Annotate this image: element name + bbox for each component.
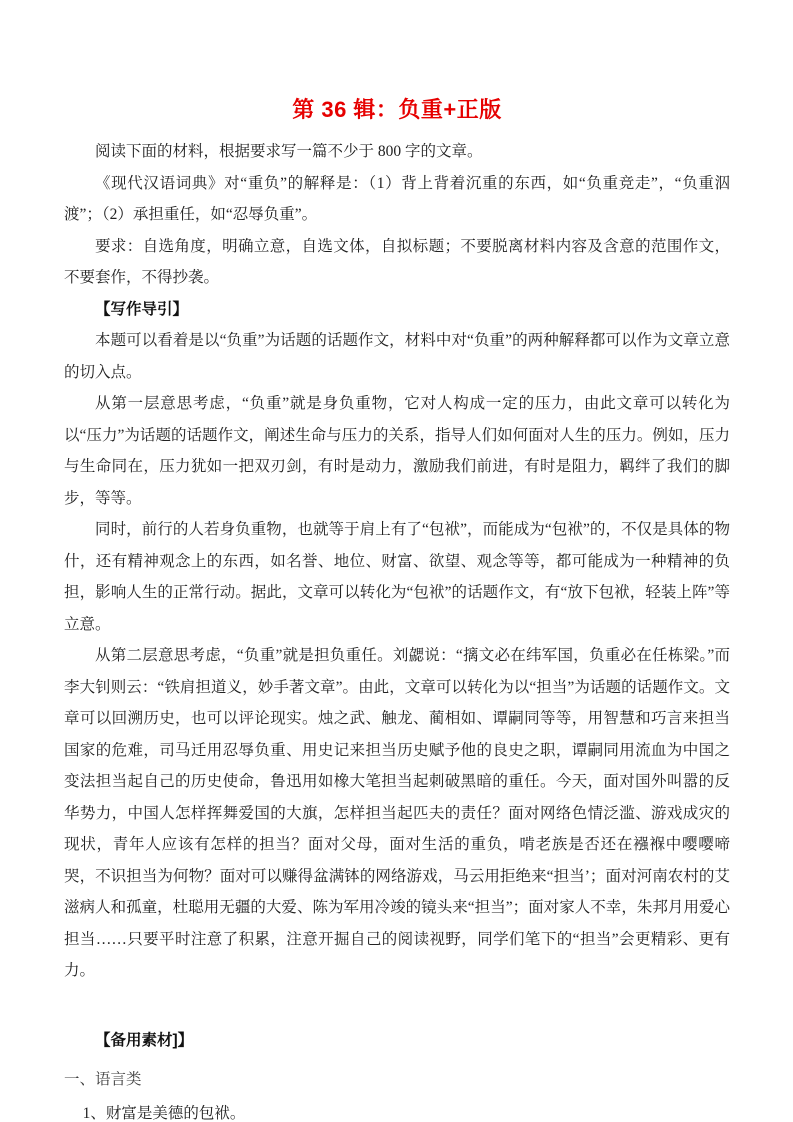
prompt-paragraph-requirements: 要求：自选角度，明确立意，自选文体，自拟标题；不要脱离材料内容及含意的范围作文，… xyxy=(64,231,730,294)
prompt-paragraph-read-material: 阅读下面的材料，根据要求写一篇不少于 800 字的文章。 xyxy=(64,136,730,168)
guide-paragraph-overview: 本题可以看着是以“负重”为话题的话题作文，材料中对“负重”的两种解释都可以作为文… xyxy=(64,325,730,388)
prompt-paragraph-dictionary-definition: 《现代汉语词典》对“重负”的解释是：（1）背上背着沉重的东西，如“负重竞走”，“… xyxy=(64,168,730,231)
section-heading-materials: 【备用素材]】 xyxy=(64,1025,730,1057)
guide-paragraph-burden-meaning: 同时，前行的人若身负重物，也就等于肩上有了“包袱”，而能成为“包袱”的，不仅是具… xyxy=(64,514,730,640)
materials-category-language: 一、语言类 xyxy=(64,1064,730,1096)
document-title: 第 36 辑：负重+正版 xyxy=(64,94,730,125)
guide-paragraph-second-meaning: 从第二层意思考虑，“负重”就是担负重任。刘勰说：“摛文必在纬军国，负重必在任栋梁… xyxy=(64,640,730,987)
document-page: 第 36 辑：负重+正版 阅读下面的材料，根据要求写一篇不少于 800 字的文章… xyxy=(0,0,793,1122)
document-content: 第 36 辑：负重+正版 阅读下面的材料，根据要求写一篇不少于 800 字的文章… xyxy=(64,94,730,1122)
guide-paragraph-first-meaning: 从第一层意思考虑，“负重”就是身负重物，它对人构成一定的压力，由此文章可以转化为… xyxy=(64,388,730,514)
section-heading-writing-guide: 【写作导引】 xyxy=(64,294,730,326)
materials-item-1: 1、财富是美德的包袱。 xyxy=(64,1098,730,1122)
